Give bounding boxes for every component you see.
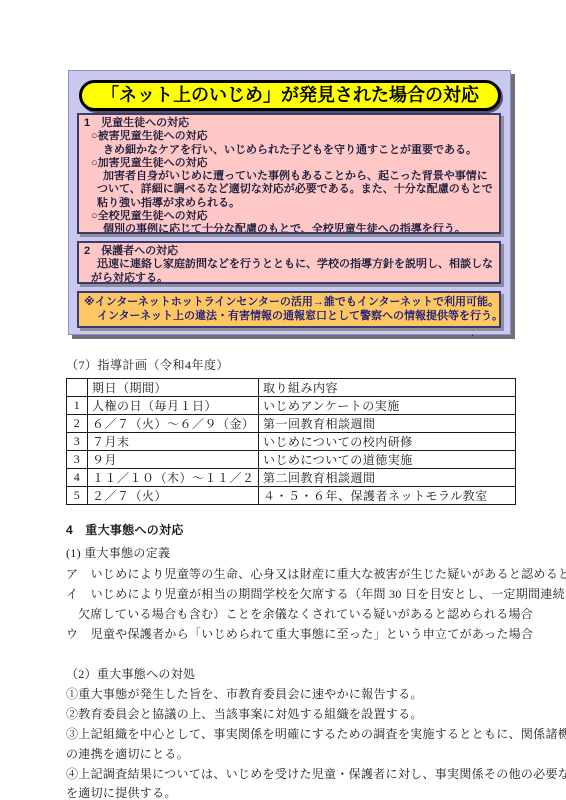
text-line: インターネット上の違法・有害情報の通報窓口として警察への情報提供等を行う。 (79, 309, 499, 323)
stray-period-mark: . (471, 325, 474, 340)
response-step: ④上記調査結果については、いじめを受けた児童・保護者に対し、事実関係その他の必要… (66, 765, 566, 782)
table-header-row: 期日（期間） 取り組み内容 (67, 379, 516, 397)
cell-no: 2 (67, 415, 88, 433)
cell-no: 3 (67, 451, 88, 469)
text-line: きめ細かなケアを行い、いじめられた子どもを守り通すことが重要である。 (79, 144, 499, 157)
definition-item: ウ 児童や保護者から「いじめられて重大事態に至った」という申立てがあった場合 (66, 625, 533, 642)
table-row: 3 ９月 いじめについての道徳実施 (67, 451, 516, 469)
text-line: 迅速に連絡し家庭訪問などを行うとともに、学校の指導方針を説明し、相談しな (79, 258, 499, 271)
response-step: ③上記組織を中心として、事実関係を明確にするための調査を実施するとともに、関係諸… (66, 725, 566, 742)
text-line: ○全校児童生徒への対応 (79, 210, 499, 223)
cell-date: ９月 (88, 451, 259, 469)
cell-date: １１／１０（木）～１１／２２（月） (88, 469, 259, 487)
cyberbullying-response-poster: 「ネット上のいじめ」が発見された場合の対応 1 児童生徒への対応 ○被害児童生徒… (68, 70, 511, 335)
guidance-plan-table: 期日（期間） 取り組み内容 1 人権の日（毎月１日） いじめアンケートの実施 2… (66, 378, 516, 505)
table-row: 5 ２／７（火） ４・５・６年、保護者ネットモラル教室 (67, 487, 516, 505)
poster-title: 「ネット上のいじめ」が発見された場合の対応 (79, 80, 501, 111)
text-line: 2 保護者への対応 (79, 243, 499, 258)
section4-heading: 4 重大事態への対応 (66, 521, 184, 538)
header-cell-activity: 取り組み内容 (259, 379, 516, 397)
definition-heading: (1) 重大事態の定義 (66, 544, 170, 561)
panel-student-response: 1 児童生徒への対応 ○被害児童生徒への対応 きめ細かなケアを行い、いじめられた… (77, 113, 501, 234)
cell-activity: ４・５・６年、保護者ネットモラル教室 (259, 487, 516, 505)
cell-date: ７月末 (88, 433, 259, 451)
cell-activity: 第一回教育相談週間 (259, 415, 516, 433)
text-line: 粘り強い指導が求められる。 (79, 197, 499, 210)
header-cell-no (67, 379, 88, 397)
cell-no: 1 (67, 397, 88, 415)
text-line: ○加害児童生徒への対応 (79, 157, 499, 170)
table-row: 3 ７月末 いじめについての校内研修 (67, 433, 516, 451)
cell-activity: いじめについての校内研修 (259, 433, 516, 451)
cell-activity: いじめについての道徳実施 (259, 451, 516, 469)
table-row: 2 ６／７（火）～６／９（金） 第一回教育相談週間 (67, 415, 516, 433)
text-line: ※インターネットホットラインセンターの活用→誰でもインターネットで利用可能。 (79, 293, 499, 309)
cell-no: 5 (67, 487, 88, 505)
cell-no: 4 (67, 469, 88, 487)
cell-date: ２／７（火） (88, 487, 259, 505)
definition-item: イ いじめにより児童が相当の期間学校を欠席する（年間 30 日を目安とし、一定期… (66, 585, 566, 602)
document-page: 「ネット上のいじめ」が発見された場合の対応 1 児童生徒への対応 ○被害児童生徒… (0, 0, 566, 800)
table-row: 1 人権の日（毎月１日） いじめアンケートの実施 (67, 397, 516, 415)
response-step: ①重大事態が発生した旨を、市教育委員会に速やかに報告する。 (66, 685, 423, 702)
plan-caption: （7）指導計画（令和4年度） (66, 356, 229, 373)
response-step-continued: の連携を適切にとる。 (66, 745, 189, 762)
text-line: 加害者自身がいじめに遭っていた事例もあることから、起こった背景や事情に (79, 170, 499, 183)
text-line: 1 児童生徒への対応 (79, 115, 499, 130)
table-row: 4 １１／１０（木）～１１／２２（月） 第二回教育相談週間 (67, 469, 516, 487)
panel-guardian-response: 2 保護者への対応 迅速に連絡し家庭訪問などを行うとともに、学校の指導方針を説明… (77, 241, 501, 284)
text-line: がら対応する。 (79, 272, 499, 284)
definition-item: ア いじめにより児童等の生命、心身又は財産に重大な被害が生じた疑いがあると認める… (66, 565, 566, 582)
cell-no: 3 (67, 433, 88, 451)
panel-hotline-note: ※インターネットホットラインセンターの活用→誰でもインターネットで利用可能。 イ… (77, 291, 501, 328)
response-step-continued: を適切に提供する。 (66, 784, 177, 800)
text-line: ついて、詳細に調べるなど適切な対応が必要である。また、十分な配慮のもとで (79, 183, 499, 196)
text-line: ○被害児童生徒への対応 (79, 130, 499, 143)
cell-date: ６／７（火）～６／９（金） (88, 415, 259, 433)
response-step: ②教育委員会と協議の上、当該事案に対処する組織を設置する。 (66, 705, 423, 722)
text-line: 個別の事例に応じて十分な配慮のもとで、全校児童生徒への指導を行う。 (79, 223, 499, 234)
cell-activity: 第二回教育相談週間 (259, 469, 516, 487)
header-cell-date: 期日（期間） (88, 379, 259, 397)
cell-activity: いじめアンケートの実施 (259, 397, 516, 415)
cell-date: 人権の日（毎月１日） (88, 397, 259, 415)
response-heading: （2）重大事態への対処 (66, 665, 195, 682)
definition-item-continued: 欠席している場合も含む）ことを余儀なくされている疑いがあると認められる場合 (78, 605, 533, 622)
